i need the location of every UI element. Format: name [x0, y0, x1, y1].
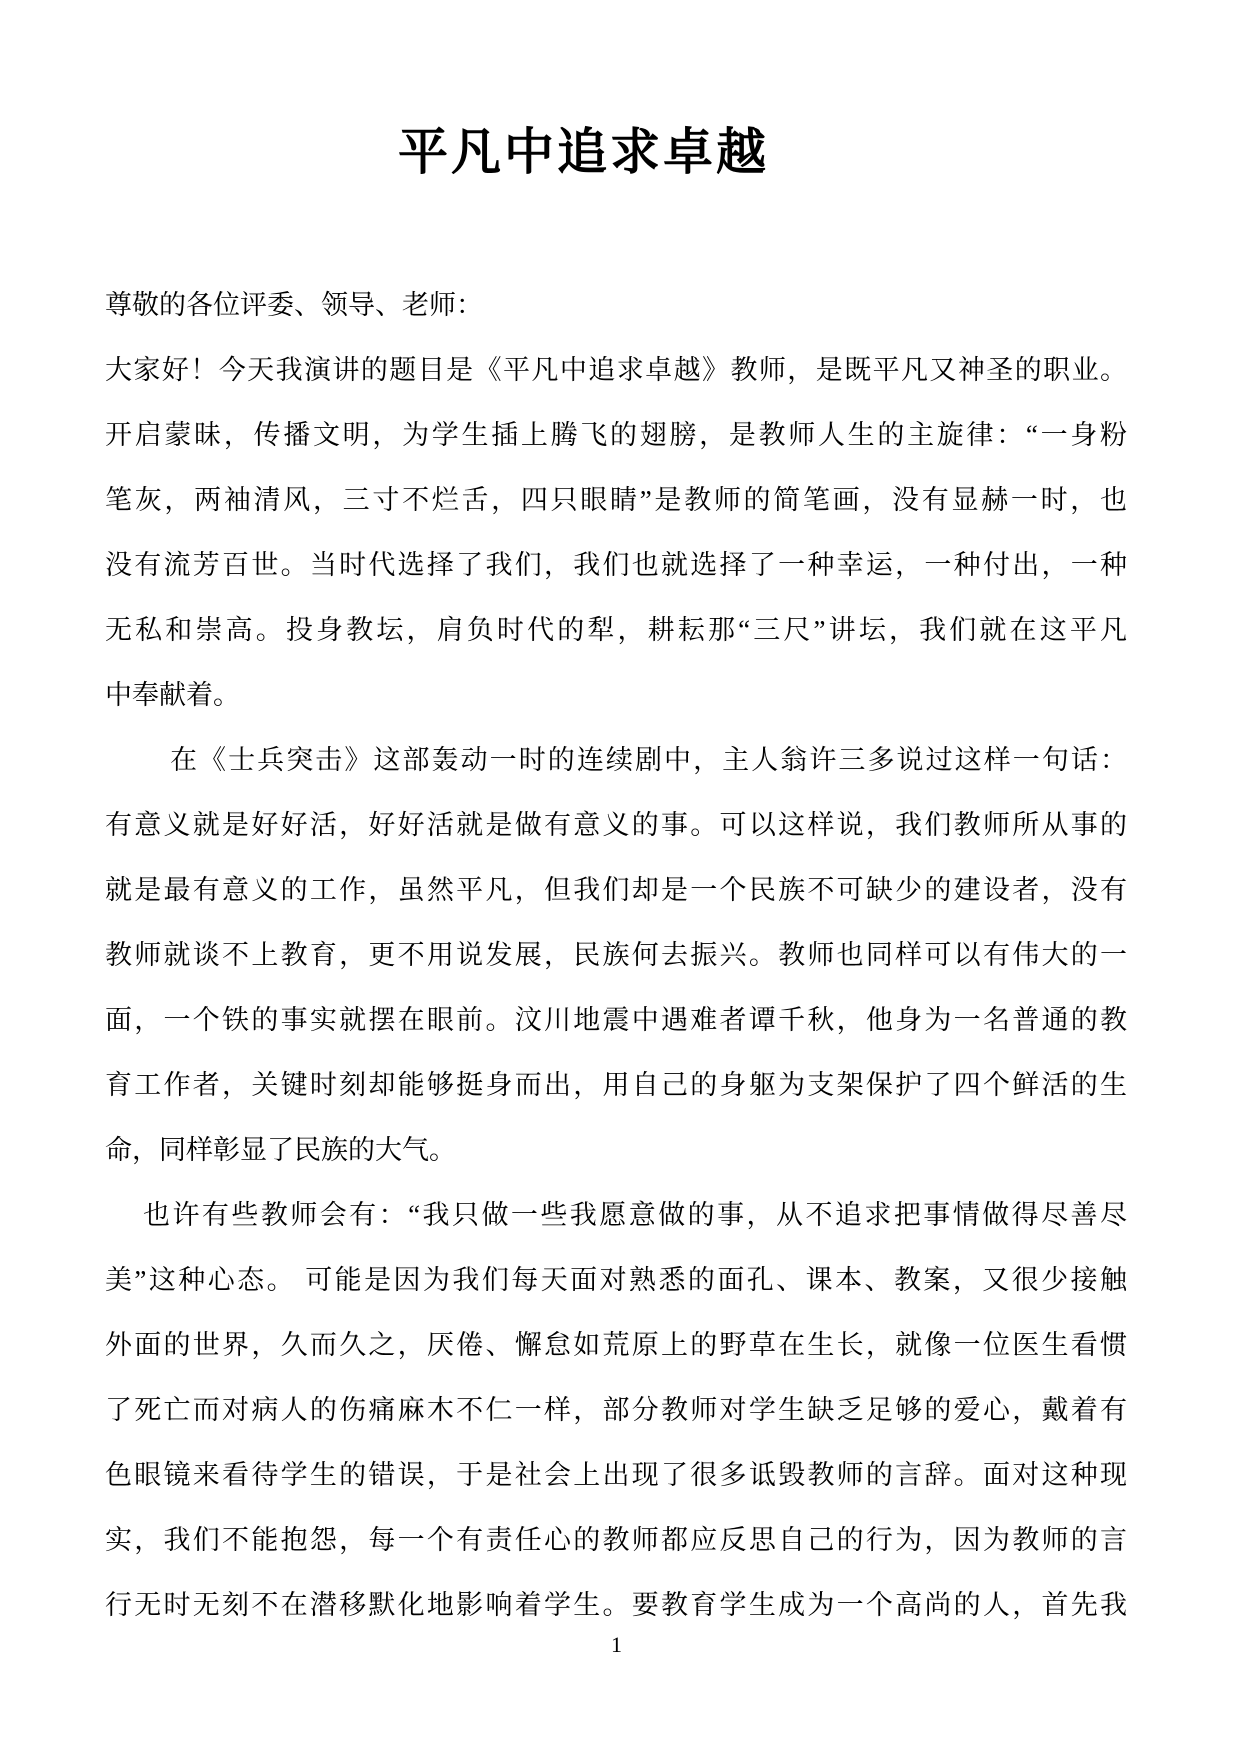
- text-line: 中奉献着。: [105, 663, 1127, 728]
- text-line: 了死亡而对病人的伤痛麻木不仁一样，部分教师对学生缺乏足够的爱心，戴着有: [105, 1378, 1127, 1443]
- text-line: 教师就谈不上教育，更不用说发展，民族何去振兴。教师也同样可以有伟大的一: [105, 923, 1127, 988]
- document-body: 尊敬的各位评委、领导、老师： 大家好！今天我演讲的题目是《平凡中追求卓越》教师，…: [105, 273, 1127, 1638]
- text-line: 尊敬的各位评委、领导、老师：: [105, 273, 1127, 338]
- text-line: 育工作者，关键时刻却能够挺身而出，用自己的身躯为支架保护了四个鲜活的生: [105, 1053, 1127, 1118]
- text-line: 外面的世界，久而久之，厌倦、懈怠如荒原上的野草在生长，就像一位医生看惯: [105, 1313, 1127, 1378]
- document-title: 平凡中追求卓越: [0, 122, 1204, 182]
- text-line: 命，同样彰显了民族的大气。: [105, 1118, 1127, 1183]
- text-line: 开启蒙昧，传播文明，为学生插上腾飞的翅膀，是教师人生的主旋律：“一身粉: [105, 403, 1127, 468]
- text-line: 无私和崇高。投身教坛，肩负时代的犁，耕耘那“三尺”讲坛，我们就在这平凡: [105, 598, 1127, 663]
- text-line: 有意义就是好好活，好好活就是做有意义的事。可以这样说，我们教师所从事的: [105, 793, 1127, 858]
- text-line: 实，我们不能抱怨，每一个有责任心的教师都应反思自己的行为，因为教师的言: [105, 1508, 1127, 1573]
- text-line: 没有流芳百世。当时代选择了我们，我们也就选择了一种幸运，一种付出，一种: [105, 533, 1127, 598]
- text-line: 面，一个铁的事实就摆在眼前。汶川地震中遇难者谭千秋，他身为一名普通的教: [105, 988, 1127, 1053]
- text-line: 大家好！今天我演讲的题目是《平凡中追求卓越》教师，是既平凡又神圣的职业。: [105, 338, 1127, 403]
- text-line: 笔灰，两袖清风，三寸不烂舌，四只眼睛”是教师的简笔画，没有显赫一时，也: [105, 468, 1127, 533]
- text-line: 在《士兵突击》这部轰动一时的连续剧中，主人翁许三多说过这样一句话：: [105, 728, 1127, 793]
- text-line: 就是最有意义的工作，虽然平凡，但我们却是一个民族不可缺少的建设者，没有: [105, 858, 1127, 923]
- page-number: 1: [0, 1630, 1237, 1660]
- text-line: 也许有些教师会有：“我只做一些我愿意做的事，从不追求把事情做得尽善尽: [105, 1183, 1127, 1248]
- text-line: 美”这种心态。 可能是因为我们每天面对熟悉的面孔、课本、教案，又很少接触: [105, 1248, 1127, 1313]
- text-line: 色眼镜来看待学生的错误，于是社会上出现了很多诋毁教师的言辞。面对这种现: [105, 1443, 1127, 1508]
- text-line: 行无时无刻不在潜移默化地影响着学生。要教育学生成为一个高尚的人，首先我: [105, 1573, 1127, 1638]
- document-page: 平凡中追求卓越 尊敬的各位评委、领导、老师： 大家好！今天我演讲的题目是《平凡中…: [0, 0, 1241, 1754]
